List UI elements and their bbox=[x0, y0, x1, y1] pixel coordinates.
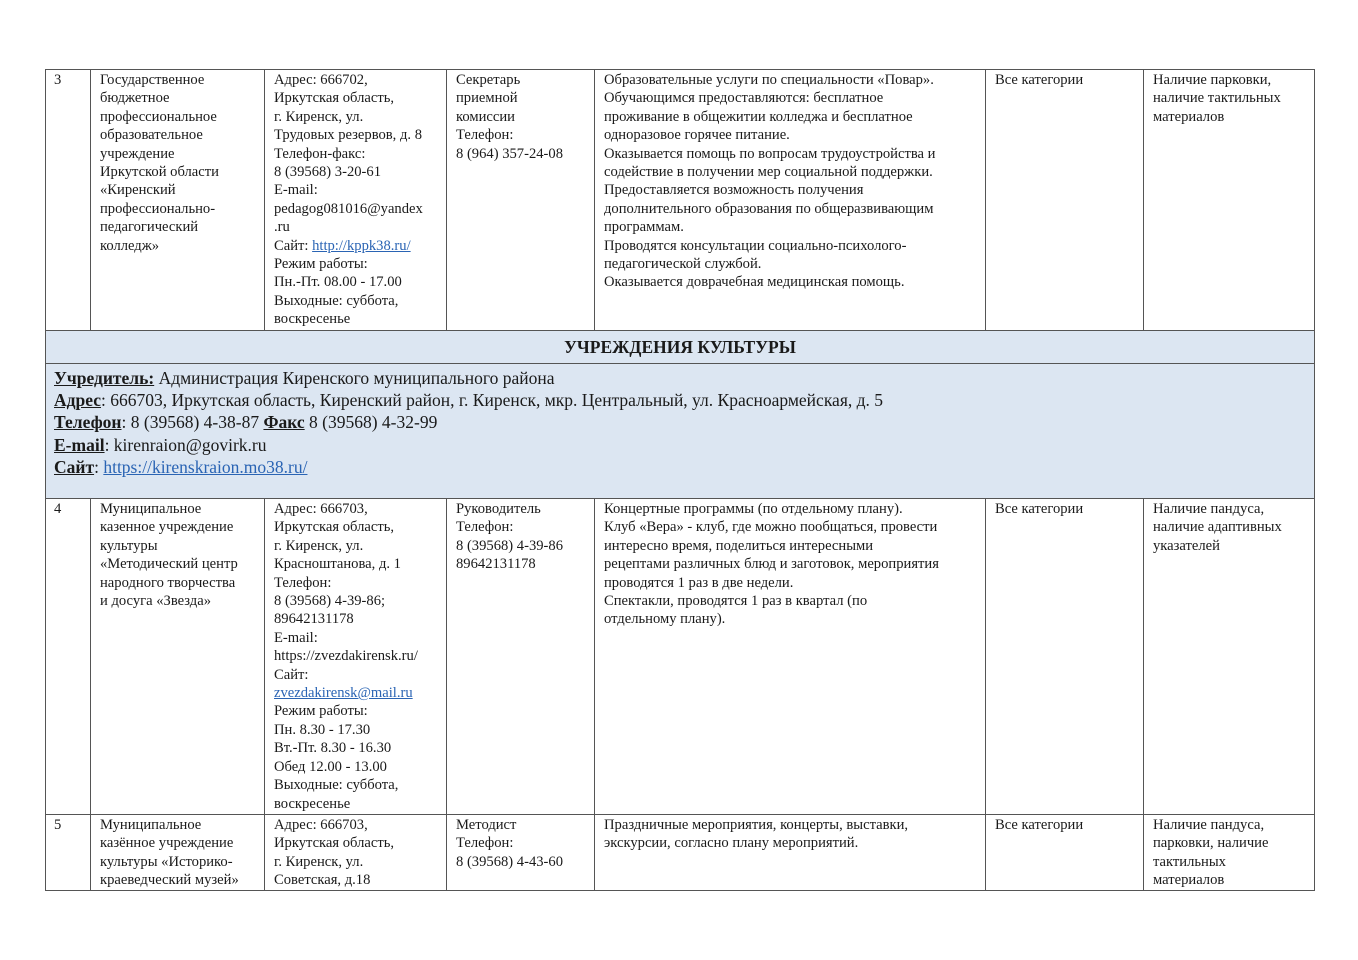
target-category: Все категории bbox=[986, 499, 1144, 815]
text-line: воскресенье bbox=[274, 795, 438, 813]
text-line: Обучающимся предоставляются: бесплатное bbox=[604, 89, 977, 107]
text-line: E-mail: bbox=[274, 629, 438, 647]
accessibility-features: Наличие пандуса,наличие адаптивныхуказат… bbox=[1144, 499, 1315, 815]
section-founder-info: Учредитель: Администрация Киренского мун… bbox=[46, 364, 1315, 499]
text-line: 8 (39568) 4-39-86; bbox=[274, 592, 438, 610]
text-line: Выходные: суббота, bbox=[274, 292, 438, 310]
site-link[interactable]: https://kirenskraion.mo38.ru/ bbox=[103, 457, 307, 477]
text-line: pedagog081016@yandex bbox=[274, 200, 438, 218]
row-number: 5 bbox=[46, 815, 91, 891]
text-line: программам. bbox=[604, 218, 977, 236]
text-line: Спектакли, проводятся 1 раз в квартал (п… bbox=[604, 592, 977, 610]
institution-name: Муниципальноеказённое учреждениекультуры… bbox=[91, 815, 265, 891]
section-header: УЧРЕЖДЕНИЯ КУЛЬТУРЫ bbox=[46, 331, 1315, 364]
text-line: 89642131178 bbox=[456, 555, 586, 573]
text-line: отдельному плану). bbox=[604, 610, 977, 628]
email-label: E-mail bbox=[54, 435, 105, 455]
section-title: УЧРЕЖДЕНИЯ КУЛЬТУРЫ bbox=[46, 331, 1315, 364]
text-line: Предоставляется возможность получения bbox=[604, 181, 977, 199]
text-line: Проводятся консультации социально-психол… bbox=[604, 237, 977, 255]
text-line: Наличие пандуса, bbox=[1153, 500, 1306, 518]
accessibility-features: Наличие пандуса,парковки, наличиетактиль… bbox=[1144, 815, 1315, 891]
text-line: наличие адаптивных bbox=[1153, 518, 1306, 536]
text-line: г. Киренск, ул. bbox=[274, 853, 438, 871]
text-line: проживание в общежитии колледжа и беспла… bbox=[604, 108, 977, 126]
text-line: «Киренский bbox=[100, 181, 256, 199]
text-line: Методист bbox=[456, 816, 586, 834]
table-row: 5 Муниципальноеказённое учреждениекульту… bbox=[46, 815, 1315, 891]
accessibility-features: Наличие парковки,наличие тактильныхматер… bbox=[1144, 70, 1315, 331]
text-line: Муниципальное bbox=[100, 500, 256, 518]
text-line: рецептами различных блюд и заготовок, ме… bbox=[604, 555, 977, 573]
text-line: профессиональное bbox=[100, 108, 256, 126]
text-line: Адрес: 666703, bbox=[274, 500, 438, 518]
founder-line: Учредитель: Администрация Киренского мун… bbox=[54, 367, 1306, 389]
institutions-table: 3 Государственноебюджетноепрофессиональн… bbox=[45, 69, 1315, 891]
text-line: содействие в получении мер социальной по… bbox=[604, 163, 977, 181]
text-line: Адрес: 666703, bbox=[274, 816, 438, 834]
text-line: 8 (39568) 4-39-86 bbox=[456, 537, 586, 555]
site-label: Сайт: bbox=[274, 238, 312, 254]
text-line: краеведческий музей» bbox=[100, 871, 256, 889]
row-number: 3 bbox=[46, 70, 91, 331]
text-line: материалов bbox=[1153, 871, 1306, 889]
text-line: «Методический центр bbox=[100, 555, 256, 573]
text-line: Секретарь bbox=[456, 71, 586, 89]
text-line: Наличие парковки, bbox=[1153, 71, 1306, 89]
text-line: Пн. 8.30 - 17.30 bbox=[274, 721, 438, 739]
phone-label: Телефон bbox=[54, 412, 122, 432]
text-line: Режим работы: bbox=[274, 702, 438, 720]
institution-address: Адрес: 666702,Иркутская область,г. Кирен… bbox=[265, 70, 447, 331]
address-label: Адрес bbox=[54, 390, 101, 410]
site-label: Сайт bbox=[54, 457, 94, 477]
text-line: Советская, д.18 bbox=[274, 871, 438, 889]
text-line: приемной bbox=[456, 89, 586, 107]
text-line: казённое учреждение bbox=[100, 834, 256, 852]
text-line: г. Киренск, ул. bbox=[274, 108, 438, 126]
text-line: Образовательные услуги по специальности … bbox=[604, 71, 977, 89]
text-line: комиссии bbox=[456, 108, 586, 126]
text-line: Красноштанова, д. 1 bbox=[274, 555, 438, 573]
document-page: 3 Государственноебюджетноепрофессиональн… bbox=[45, 69, 1314, 891]
text-line: дополнительного образования по общеразви… bbox=[604, 200, 977, 218]
text-line: Режим работы: bbox=[274, 255, 438, 273]
site-line: Сайт: https://kirenskraion.mo38.ru/ bbox=[54, 456, 1306, 478]
text-line: Телефон: bbox=[274, 574, 438, 592]
founder-label: Учредитель: bbox=[54, 368, 154, 388]
text-line: казенное учреждение bbox=[100, 518, 256, 536]
text-line: Вт.-Пт. 8.30 - 16.30 bbox=[274, 739, 438, 757]
text-line: интересно время, поделиться интересными bbox=[604, 537, 977, 555]
text-line: https://zvezdakirensk.ru/ bbox=[274, 647, 438, 665]
address-line: Адрес: 666703, Иркутская область, Киренс… bbox=[54, 389, 1306, 411]
institution-name: Государственноебюджетноепрофессиональное… bbox=[91, 70, 265, 331]
contact-person: РуководительТелефон:8 (39568) 4-39-86896… bbox=[447, 499, 595, 815]
text-line: Муниципальное bbox=[100, 816, 256, 834]
table-row: 3 Государственноебюджетноепрофессиональн… bbox=[46, 70, 1315, 331]
target-category: Все категории bbox=[986, 70, 1144, 331]
text-line: г. Киренск, ул. bbox=[274, 537, 438, 555]
text-line: 8 (964) 357-24-08 bbox=[456, 145, 586, 163]
target-category: Все категории bbox=[986, 815, 1144, 891]
text-line: экскурсии, согласно плану мероприятий. bbox=[604, 834, 977, 852]
institution-name: Муниципальноеказенное учреждениекультуры… bbox=[91, 499, 265, 815]
services-description: Праздничные мероприятия, концерты, выста… bbox=[595, 815, 986, 891]
services-description: Образовательные услуги по специальности … bbox=[595, 70, 986, 331]
row-number: 4 bbox=[46, 499, 91, 815]
text-line: Оказывается доврачебная медицинская помо… bbox=[604, 273, 977, 291]
text-line: Телефон: bbox=[456, 834, 586, 852]
text-line: образовательное bbox=[100, 126, 256, 144]
text-line: учреждение bbox=[100, 145, 256, 163]
phone-line: Телефон: 8 (39568) 4-38-87 Факс 8 (39568… bbox=[54, 411, 1306, 433]
text-line: Трудовых резервов, д. 8 bbox=[274, 126, 438, 144]
text-line: .ru bbox=[274, 218, 438, 236]
text-line: культуры «Историко- bbox=[100, 853, 256, 871]
text-line: профессионально- bbox=[100, 200, 256, 218]
site-link[interactable]: http://kppk38.ru/ bbox=[312, 238, 411, 254]
text-line: Иркутская область, bbox=[274, 834, 438, 852]
text-line: Государственное bbox=[100, 71, 256, 89]
text-line: Наличие пандуса, bbox=[1153, 816, 1306, 834]
text-line: Оказывается помощь по вопросам трудоустр… bbox=[604, 145, 977, 163]
text-line: тактильных bbox=[1153, 853, 1306, 871]
text-line: Адрес: 666702, bbox=[274, 71, 438, 89]
text-line: 8 (39568) 3-20-61 bbox=[274, 163, 438, 181]
institution-address: Адрес: 666703,Иркутская область,г. Кирен… bbox=[265, 815, 447, 891]
text-line: Руководитель bbox=[456, 500, 586, 518]
text-line: Иркутская область, bbox=[274, 89, 438, 107]
email-line: E-mail: kirenraion@govirk.ru bbox=[54, 434, 1306, 456]
text-line: Телефон: bbox=[456, 126, 586, 144]
text-line: Концертные программы (по отдельному план… bbox=[604, 500, 977, 518]
text-line: Праздничные мероприятия, концерты, выста… bbox=[604, 816, 977, 834]
text-line: колледж» bbox=[100, 237, 256, 255]
table-row: 4 Муниципальноеказенное учреждениекульту… bbox=[46, 499, 1315, 815]
site-link[interactable]: zvezdakirensk@mail.ru bbox=[274, 685, 413, 701]
text-line: Телефон: bbox=[456, 518, 586, 536]
text-line: народного творчества bbox=[100, 574, 256, 592]
text-line: наличие тактильных bbox=[1153, 89, 1306, 107]
text-line: бюджетное bbox=[100, 89, 256, 107]
text-line: педагогической службой. bbox=[604, 255, 977, 273]
text-line: культуры bbox=[100, 537, 256, 555]
text-line: проводятся 1 раз в две недели. bbox=[604, 574, 977, 592]
text-line: Выходные: суббота, bbox=[274, 776, 438, 794]
text-line: Иркутской области bbox=[100, 163, 256, 181]
text-line: Обед 12.00 - 13.00 bbox=[274, 758, 438, 776]
text-line: педагогический bbox=[100, 218, 256, 236]
text-line: воскресенье bbox=[274, 310, 438, 328]
text-line: E-mail: bbox=[274, 181, 438, 199]
text-line: 8 (39568) 4-43-60 bbox=[456, 853, 586, 871]
text-line: Телефон-факс: bbox=[274, 145, 438, 163]
text-line: указателей bbox=[1153, 537, 1306, 555]
text-line: Иркутская область, bbox=[274, 518, 438, 536]
text-line: 89642131178 bbox=[274, 610, 438, 628]
contact-person: МетодистТелефон:8 (39568) 4-43-60 bbox=[447, 815, 595, 891]
text-line: материалов bbox=[1153, 108, 1306, 126]
text-line: одноразовое горячее питание. bbox=[604, 126, 977, 144]
text-line: Сайт: bbox=[274, 666, 438, 684]
text-line: Пн.-Пт. 08.00 - 17.00 bbox=[274, 273, 438, 291]
contact-person: СекретарьприемнойкомиссииТелефон:8 (964)… bbox=[447, 70, 595, 331]
text-line: и досуга «Звезда» bbox=[100, 592, 256, 610]
institution-address: Адрес: 666703,Иркутская область,г. Кирен… bbox=[265, 499, 447, 815]
text-line: Клуб «Вера» - клуб, где можно пообщаться… bbox=[604, 518, 977, 536]
fax-label: Факс bbox=[263, 412, 304, 432]
services-description: Концертные программы (по отдельному план… bbox=[595, 499, 986, 815]
text-line: парковки, наличие bbox=[1153, 834, 1306, 852]
